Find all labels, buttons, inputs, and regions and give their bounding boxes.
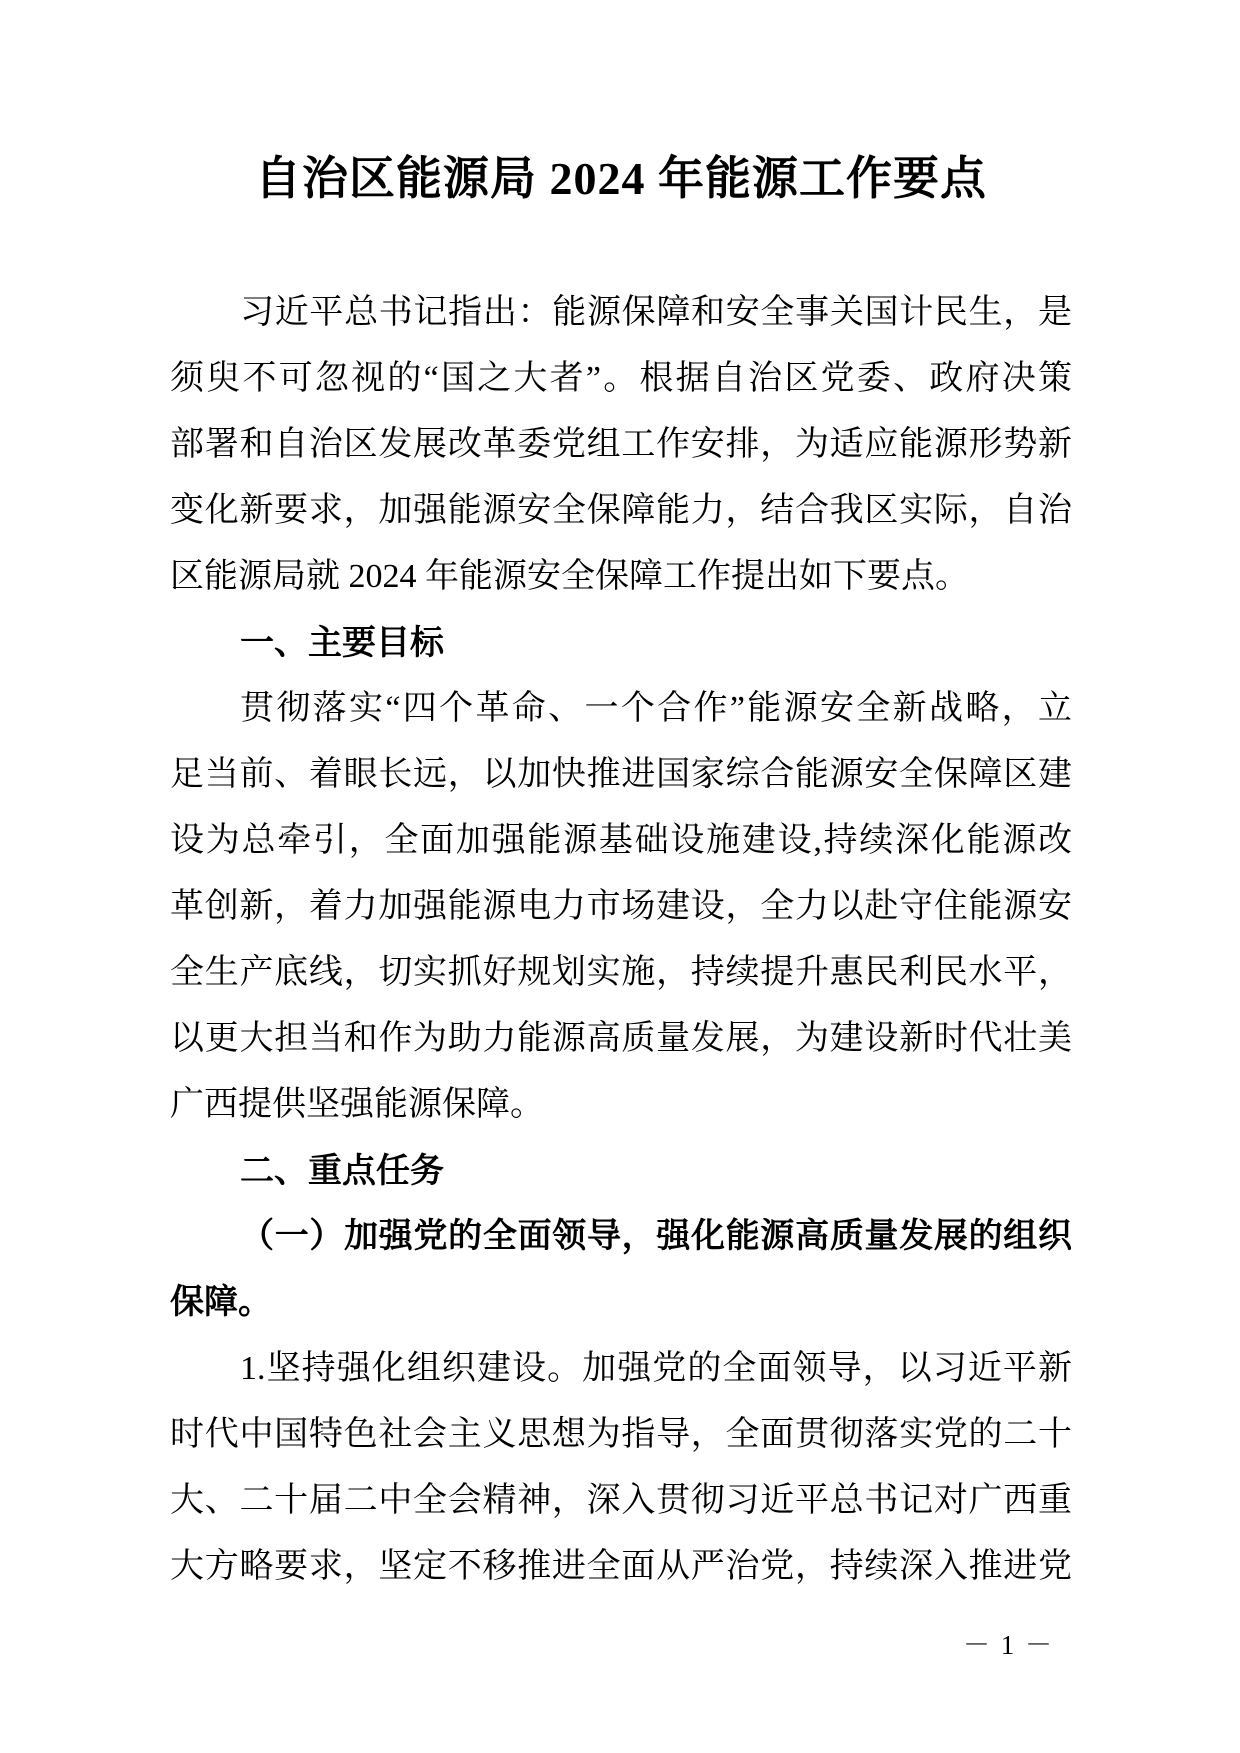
subsection-heading-line: 保障。 xyxy=(170,1270,1072,1336)
paragraph-line: 时代中国特色社会主义思想为指导，全面贯彻落实党的二十 xyxy=(170,1402,1072,1468)
paragraph-line: 大方略要求，坚定不移推进全面从严治党，持续深入推进党 xyxy=(170,1534,1072,1600)
paragraph-goals: 贯彻落实“四个革命、一个合作”能源安全新战略，立 足当前、着眼长远，以加快推进国… xyxy=(170,676,1072,1138)
paragraph-line: 大、二十届二中全会精神，深入贯彻习近平总书记对广西重 xyxy=(170,1468,1072,1534)
paragraph-line: 1.坚持强化组织建设。加强党的全面领导，以习近平新 xyxy=(170,1336,1072,1402)
paragraph-line: 习近平总书记指出：能源保障和安全事关国计民生，是 xyxy=(170,280,1072,346)
paragraph-line: 革创新，着力加强能源电力市场建设，全力以赴守住能源安 xyxy=(170,874,1072,940)
document-body: 习近平总书记指出：能源保障和安全事关国计民生，是 须臾不可忽视的“国之大者”。根… xyxy=(170,280,1072,1600)
section-heading-main-goals: 一、主要目标 xyxy=(170,610,1072,676)
paragraph-line: 设为总牵引，全面加强能源基础设施建设,持续深化能源改 xyxy=(170,808,1072,874)
paragraph-line: 贯彻落实“四个革命、一个合作”能源安全新战略，立 xyxy=(170,676,1072,742)
paragraph-line: 变化新要求，加强能源安全保障能力，结合我区实际，自治 xyxy=(170,478,1072,544)
document-title: 自治区能源局 2024 年能源工作要点 xyxy=(170,148,1072,210)
document-page: 自治区能源局 2024 年能源工作要点 习近平总书记指出：能源保障和安全事关国计… xyxy=(0,0,1240,1753)
subsection-heading-line: （一）加强党的全面领导，强化能源高质量发展的组织 xyxy=(170,1204,1072,1270)
section-heading-key-tasks: 二、重点任务 xyxy=(170,1138,1072,1204)
paragraph-item-1: 1.坚持强化组织建设。加强党的全面领导，以习近平新 时代中国特色社会主义思想为指… xyxy=(170,1336,1072,1600)
paragraph-line: 足当前、着眼长远，以加快推进国家综合能源安全保障区建 xyxy=(170,742,1072,808)
paragraph-line: 须臾不可忽视的“国之大者”。根据自治区党委、政府决策 xyxy=(170,346,1072,412)
subsection-heading-party-leadership: （一）加强党的全面领导，强化能源高质量发展的组织 保障。 xyxy=(170,1204,1072,1336)
paragraph-line: 区能源局就 2024 年能源安全保障工作提出如下要点。 xyxy=(170,544,1072,610)
page-number: － 1 － xyxy=(963,1628,1054,1662)
paragraph-intro: 习近平总书记指出：能源保障和安全事关国计民生，是 须臾不可忽视的“国之大者”。根… xyxy=(170,280,1072,610)
paragraph-line: 广西提供坚强能源保障。 xyxy=(170,1072,1072,1138)
paragraph-line: 部署和自治区发展改革委党组工作安排，为适应能源形势新 xyxy=(170,412,1072,478)
paragraph-line: 全生产底线，切实抓好规划实施，持续提升惠民利民水平， xyxy=(170,940,1072,1006)
paragraph-line: 以更大担当和作为助力能源高质量发展，为建设新时代壮美 xyxy=(170,1006,1072,1072)
